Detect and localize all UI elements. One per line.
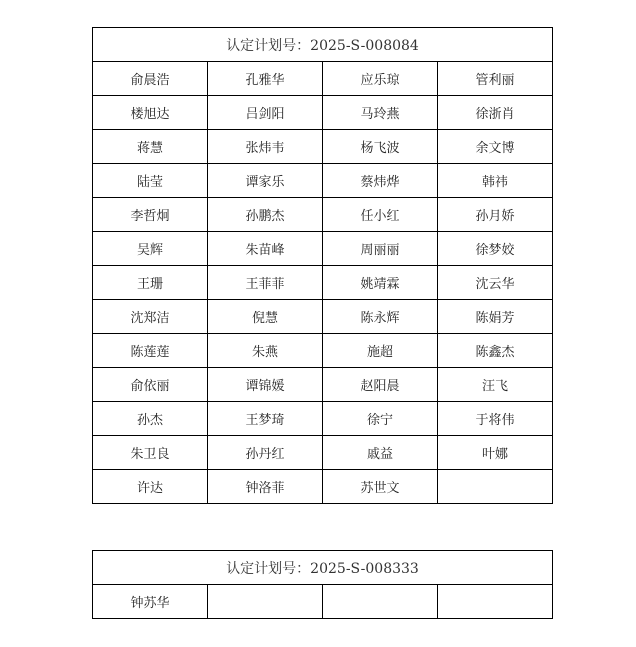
name-cell: 应乐琼 bbox=[323, 62, 438, 96]
table-row: 陆莹 谭家乐 蔡炜烨 韩祎 bbox=[93, 164, 553, 198]
name-cell: 王梦琦 bbox=[208, 402, 323, 436]
name-cell: 陈鑫杰 bbox=[438, 334, 553, 368]
name-cell: 叶娜 bbox=[438, 436, 553, 470]
name-cell: 谭家乐 bbox=[208, 164, 323, 198]
table-row: 钟苏华 bbox=[93, 585, 553, 619]
name-cell: 孙鹏杰 bbox=[208, 198, 323, 232]
name-cell: 赵阳晨 bbox=[323, 368, 438, 402]
name-cell: 陈莲莲 bbox=[93, 334, 208, 368]
name-cell: 姚靖霖 bbox=[323, 266, 438, 300]
plan-table-2025-S-008084: 认定计划号：2025-S-008084 俞晨浩 孔雅华 应乐琼 管利丽 楼旭达 … bbox=[92, 27, 553, 504]
plan-table-2025-S-008333: 认定计划号：2025-S-008333 钟苏华 bbox=[92, 550, 553, 619]
name-cell: 陆莹 bbox=[93, 164, 208, 198]
name-cell: 倪慧 bbox=[208, 300, 323, 334]
name-cell: 王珊 bbox=[93, 266, 208, 300]
name-cell: 徐宁 bbox=[323, 402, 438, 436]
table-row: 吴辉 朱苗峰 周丽丽 徐梦姣 bbox=[93, 232, 553, 266]
empty-cell bbox=[438, 470, 553, 504]
name-cell: 王菲菲 bbox=[208, 266, 323, 300]
name-cell: 朱卫良 bbox=[93, 436, 208, 470]
empty-cell bbox=[208, 585, 323, 619]
name-cell: 陈永辉 bbox=[323, 300, 438, 334]
name-cell: 李哲炯 bbox=[93, 198, 208, 232]
name-cell: 马玲燕 bbox=[323, 96, 438, 130]
empty-cell bbox=[438, 585, 553, 619]
name-cell: 许达 bbox=[93, 470, 208, 504]
name-cell: 谭锦媛 bbox=[208, 368, 323, 402]
table-row: 俞晨浩 孔雅华 应乐琼 管利丽 bbox=[93, 62, 553, 96]
name-cell: 蔡炜烨 bbox=[323, 164, 438, 198]
name-cell: 朱苗峰 bbox=[208, 232, 323, 266]
name-cell: 蒋慧 bbox=[93, 130, 208, 164]
name-cell: 沈云华 bbox=[438, 266, 553, 300]
name-cell: 陈娟芳 bbox=[438, 300, 553, 334]
name-cell: 孙丹红 bbox=[208, 436, 323, 470]
table-row: 俞依丽 谭锦媛 赵阳晨 汪飞 bbox=[93, 368, 553, 402]
table-row: 王珊 王菲菲 姚靖霖 沈云华 bbox=[93, 266, 553, 300]
name-cell: 钟苏华 bbox=[93, 585, 208, 619]
name-cell: 周丽丽 bbox=[323, 232, 438, 266]
table-row: 楼旭达 吕剑阳 马玲燕 徐浙肖 bbox=[93, 96, 553, 130]
name-cell: 孔雅华 bbox=[208, 62, 323, 96]
name-cell: 徐浙肖 bbox=[438, 96, 553, 130]
name-cell: 孙月娇 bbox=[438, 198, 553, 232]
name-cell: 俞依丽 bbox=[93, 368, 208, 402]
name-cell: 楼旭达 bbox=[93, 96, 208, 130]
table-row: 许达 钟洛菲 苏世文 bbox=[93, 470, 553, 504]
table-header-row: 认定计划号：2025-S-008084 bbox=[93, 28, 553, 62]
name-cell: 杨飞波 bbox=[323, 130, 438, 164]
name-cell: 余文博 bbox=[438, 130, 553, 164]
name-cell: 戚益 bbox=[323, 436, 438, 470]
name-cell: 朱燕 bbox=[208, 334, 323, 368]
name-cell: 汪飞 bbox=[438, 368, 553, 402]
name-cell: 钟洛菲 bbox=[208, 470, 323, 504]
empty-cell bbox=[323, 585, 438, 619]
name-cell: 韩祎 bbox=[438, 164, 553, 198]
plan-number-title: 认定计划号：2025-S-008084 bbox=[93, 28, 553, 62]
name-cell: 吴辉 bbox=[93, 232, 208, 266]
name-cell: 沈郑洁 bbox=[93, 300, 208, 334]
name-cell: 于将伟 bbox=[438, 402, 553, 436]
name-cell: 任小红 bbox=[323, 198, 438, 232]
table-row: 蒋慧 张炜韦 杨飞波 余文博 bbox=[93, 130, 553, 164]
name-cell: 管利丽 bbox=[438, 62, 553, 96]
name-cell: 孙杰 bbox=[93, 402, 208, 436]
name-cell: 张炜韦 bbox=[208, 130, 323, 164]
table-row: 孙杰 王梦琦 徐宁 于将伟 bbox=[93, 402, 553, 436]
table-row: 朱卫良 孙丹红 戚益 叶娜 bbox=[93, 436, 553, 470]
name-cell: 施超 bbox=[323, 334, 438, 368]
table-header-row: 认定计划号：2025-S-008333 bbox=[93, 551, 553, 585]
table-row: 陈莲莲 朱燕 施超 陈鑫杰 bbox=[93, 334, 553, 368]
name-cell: 俞晨浩 bbox=[93, 62, 208, 96]
table-row: 李哲炯 孙鹏杰 任小红 孙月娇 bbox=[93, 198, 553, 232]
name-cell: 苏世文 bbox=[323, 470, 438, 504]
name-cell: 吕剑阳 bbox=[208, 96, 323, 130]
table-row: 沈郑洁 倪慧 陈永辉 陈娟芳 bbox=[93, 300, 553, 334]
name-cell: 徐梦姣 bbox=[438, 232, 553, 266]
plan-number-title: 认定计划号：2025-S-008333 bbox=[93, 551, 553, 585]
